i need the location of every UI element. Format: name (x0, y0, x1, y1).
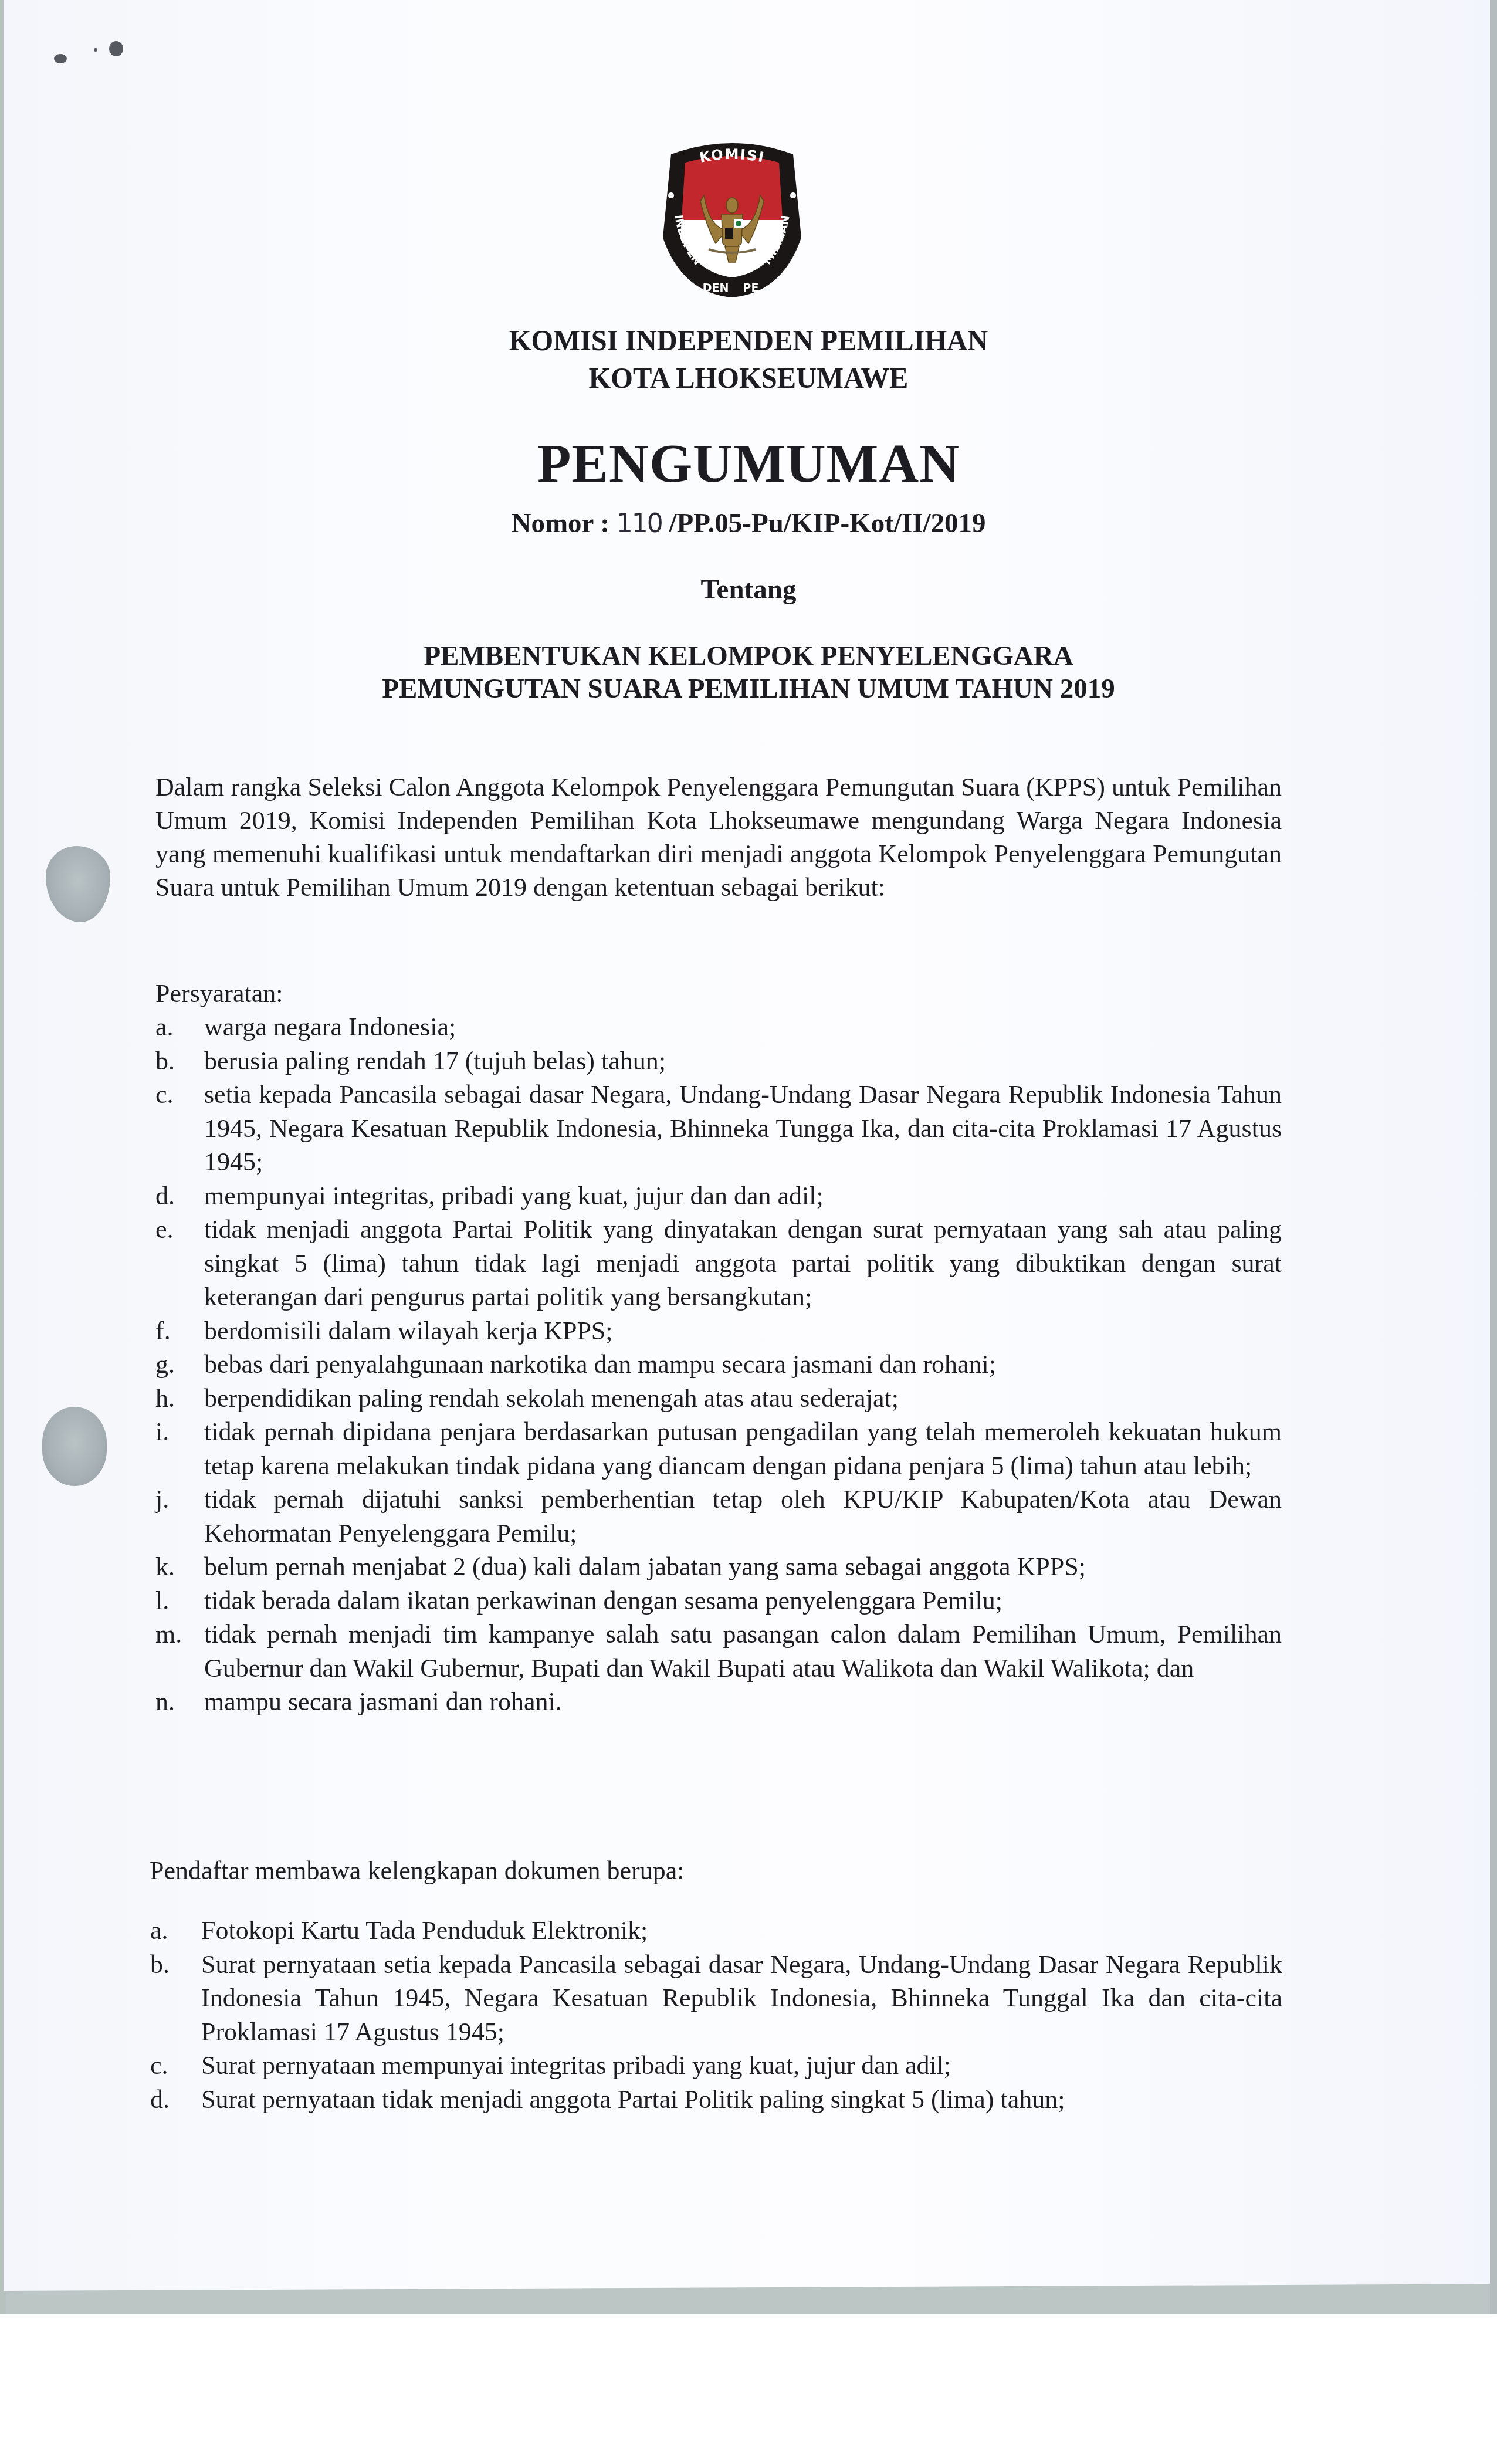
document-item: c.Surat pernyataan mempunyai integritas … (150, 2049, 1282, 2083)
requirement-item: j.tidak pernah dijatuhi sanksi pemberhen… (155, 1483, 1282, 1550)
list-item-text: berpendidikan paling rendah sekolah mene… (204, 1384, 899, 1413)
list-marker: g. (155, 1348, 175, 1382)
list-marker: j. (155, 1483, 169, 1517)
list-marker: n. (155, 1685, 175, 1719)
nomor-handwritten: 110 (617, 509, 662, 539)
requirement-item: i.tidak pernah dipidana penjara berdasar… (155, 1415, 1282, 1483)
requirement-item: d.mempunyai integritas, pribadi yang kua… (155, 1179, 1282, 1213)
list-item-text: tidak pernah dijatuhi sanksi pemberhenti… (204, 1485, 1282, 1548)
list-item-text: mempunyai integritas, pribadi yang kuat,… (204, 1182, 824, 1210)
requirements-heading: Persyaratan: (155, 977, 283, 1010)
ink-speck (109, 41, 123, 56)
list-item-text: Fotokopi Kartu Tada Penduduk Elektronik; (201, 1916, 648, 1945)
org-name-line1: KOMISI INDEPENDEN PEMILIHAN (22, 321, 1474, 359)
list-marker: i. (155, 1415, 169, 1449)
requirement-item: k.belum pernah menjabat 2 (dua) kali dal… (155, 1550, 1282, 1584)
list-item-text: Surat pernyataan tidak menjadi anggota P… (201, 2085, 1065, 2114)
list-marker: c. (150, 2049, 168, 2083)
documents-list: a.Fotokopi Kartu Tada Penduduk Elektroni… (150, 1914, 1282, 2116)
list-marker: d. (150, 2083, 170, 2117)
punch-hole (42, 1407, 107, 1486)
requirement-item: m.tidak pernah menjadi tim kampanye sala… (155, 1617, 1282, 1685)
logo-text-bottom-right: PE (743, 282, 759, 295)
list-item-text: setia kepada Pancasila sebagai dasar Neg… (204, 1080, 1282, 1176)
tentang-label: Tentang (0, 572, 1497, 607)
list-item-text: berdomisili dalam wilayah kerja KPPS; (204, 1316, 613, 1345)
list-item-text: tidak pernah menjadi tim kampanye salah … (204, 1620, 1282, 1683)
requirement-item: h.berpendidikan paling rendah sekolah me… (155, 1382, 1282, 1416)
list-item-text: tidak menjadi anggota Partai Politik yan… (204, 1215, 1282, 1311)
list-item-text: berusia paling rendah 17 (tujuh belas) t… (204, 1047, 666, 1075)
document-title: PENGUMUMAN (0, 431, 1497, 496)
list-marker: m. (155, 1617, 182, 1651)
requirement-item: a.warga negara Indonesia; (155, 1010, 1282, 1044)
scan-right-edge (1490, 0, 1497, 2314)
list-marker: b. (150, 1948, 170, 1982)
requirement-item: b.berusia paling rendah 17 (tujuh belas)… (155, 1044, 1282, 1078)
list-marker: f. (155, 1314, 171, 1348)
intro-paragraph: Dalam rangka Seleksi Calon Anggota Kelom… (155, 770, 1282, 904)
list-marker: a. (155, 1010, 174, 1044)
list-item-text: Surat pernyataan mempunyai integritas pr… (201, 2051, 951, 2080)
org-name-line2: KOTA LHOKSEUMAWE (22, 359, 1474, 397)
nomor-suffix: /PP.05-Pu/KIP-Kot/II/2019 (662, 508, 986, 539)
list-item-text: warga negara Indonesia; (204, 1013, 456, 1041)
list-marker: a. (150, 1914, 168, 1948)
list-item-text: tidak berada dalam ikatan perkawinan den… (204, 1586, 1002, 1615)
requirement-item: g.bebas dari penyalahgunaan narkotika da… (155, 1348, 1282, 1382)
requirement-item: c.setia kepada Pancasila sebagai dasar N… (155, 1078, 1282, 1179)
document-item: d.Surat pernyataan tidak menjadi anggota… (150, 2083, 1282, 2117)
subject-line2: PEMUNGUTAN SUARA PEMILIHAN UMUM TAHUN 20… (0, 672, 1497, 705)
list-item-text: belum pernah menjabat 2 (dua) kali dalam… (204, 1552, 1086, 1581)
logo-text-bottom-left: DEN (703, 282, 729, 295)
list-item-text: mampu secara jasmani dan rohani. (204, 1687, 562, 1716)
list-marker: h. (155, 1382, 175, 1416)
document-item: a.Fotokopi Kartu Tada Penduduk Elektroni… (150, 1914, 1282, 1948)
document-number: Nomor : 110 /PP.05-Pu/KIP-Kot/II/2019 (0, 506, 1497, 541)
list-marker: k. (155, 1550, 175, 1584)
requirement-item: n.mampu secara jasmani dan rohani. (155, 1685, 1282, 1719)
document-item: b.Surat pernyataan setia kepada Pancasil… (150, 1948, 1282, 2049)
requirements-list: a.warga negara Indonesia;b.berusia palin… (155, 1010, 1282, 1719)
list-marker: b. (155, 1044, 175, 1078)
list-marker: d. (155, 1179, 175, 1213)
ink-speck (94, 48, 97, 52)
list-marker: l. (155, 1584, 169, 1618)
list-item-text: Surat pernyataan setia kepada Pancasila … (201, 1950, 1282, 2046)
nomor-label: Nomor : (511, 508, 616, 539)
documents-heading: Pendaftar membawa kelengkapan dokumen be… (150, 1854, 684, 1887)
requirement-item: f.berdomisili dalam wilayah kerja KPPS; (155, 1314, 1282, 1348)
requirement-item: l.tidak berada dalam ikatan perkawinan d… (155, 1584, 1282, 1618)
list-item-text: bebas dari penyalahgunaan narkotika dan … (204, 1350, 996, 1379)
ink-speck (54, 54, 67, 63)
subject-line1: PEMBENTUKAN KELOMPOK PENYELENGGARA (0, 639, 1497, 672)
kip-logo-icon: KOMISI INDEPEN MILIHAN DEN PE (650, 126, 814, 300)
list-item-text: tidak pernah dipidana penjara berdasarka… (204, 1417, 1282, 1480)
requirement-item: e.tidak menjadi anggota Partai Politik y… (155, 1213, 1282, 1314)
list-marker: c. (155, 1078, 174, 1112)
list-marker: e. (155, 1213, 174, 1247)
